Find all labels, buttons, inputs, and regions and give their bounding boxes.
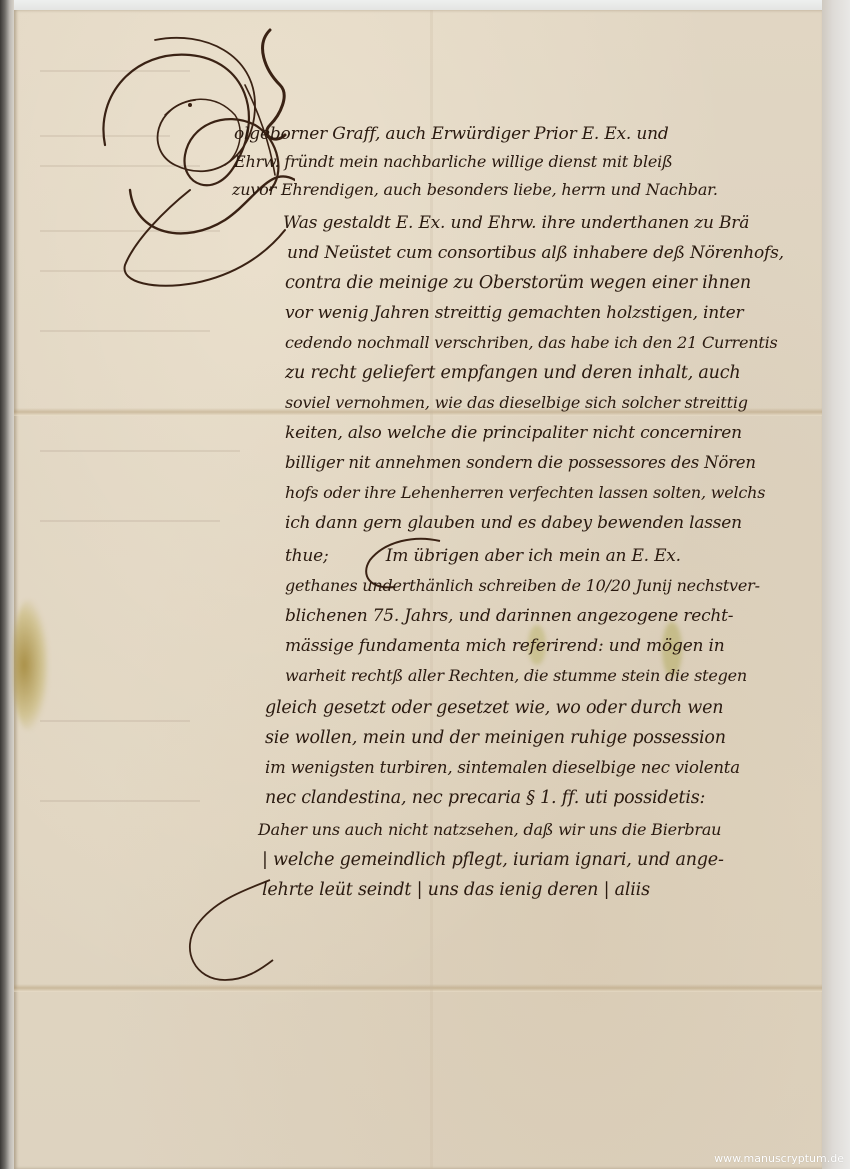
manuscript-line: contra die meinige zu Oberstorüm wegen e… bbox=[285, 273, 751, 293]
manuscript-line: und Neüstet cum consortibus alß inhabere… bbox=[287, 243, 784, 263]
manuscript-line: Ehrw. fründt mein nachbarliche willige d… bbox=[234, 152, 673, 171]
manuscript-line: gethanes underthänlich schreiben de 10/2… bbox=[285, 576, 760, 595]
manuscript-line: nec clandestina, nec precaria § 1. ff. u… bbox=[265, 788, 705, 808]
manuscript-line: thue; Im übrigen aber ich mein an E. Ex. bbox=[285, 546, 681, 566]
manuscript-line: olgeborner Graff, auch Erwürdiger Prior … bbox=[234, 124, 669, 144]
manuscript-line: warheit rechtß aller Rechten, die stumme… bbox=[285, 666, 747, 685]
manuscript-line: Was gestaldt E. Ex. und Ehrw. ihre under… bbox=[283, 213, 749, 233]
manuscript-line: mässige fundamenta mich referirend: und … bbox=[285, 636, 725, 656]
manuscript-line: blichenen 75. Jahrs, und darinnen angezo… bbox=[285, 606, 733, 626]
manuscript-line: hofs oder ihre Lehenherren verfechten la… bbox=[285, 483, 765, 502]
manuscript-line: lehrte leüt seindt | uns das ienig deren… bbox=[262, 880, 650, 900]
manuscript-line: vor wenig Jahren streittig gemachten hol… bbox=[285, 303, 743, 323]
manuscript-line: ich dann gern glauben und es dabey bewen… bbox=[285, 513, 742, 533]
manuscript-line: keiten, also welche die principaliter ni… bbox=[285, 423, 742, 443]
manuscript-line: sie wollen, mein und der meinigen ruhige… bbox=[265, 728, 726, 748]
manuscript-line: zu recht geliefert empfangen und deren i… bbox=[285, 363, 740, 383]
manuscript-line: zuvor Ehrendigen, auch besonders liebe, … bbox=[232, 180, 718, 199]
manuscript-line: gleich gesetzt oder gesetzet wie, wo ode… bbox=[265, 698, 723, 718]
watermark: www.manuscryptum.de bbox=[714, 1152, 844, 1165]
manuscript-line: im wenigsten turbiren, sintemalen diesel… bbox=[265, 758, 740, 777]
manuscript-line: soviel vernohmen, wie das dieselbige sic… bbox=[285, 393, 748, 412]
manuscript-line: cedendo nochmall verschriben, das habe i… bbox=[285, 333, 778, 352]
manuscript-text: olgeborner Graff, auch Erwürdiger Prior … bbox=[0, 0, 850, 1169]
manuscript-line: | welche gemeindlich pflegt, iuriam igna… bbox=[262, 850, 724, 870]
manuscript-line: billiger nit annehmen sondern die posses… bbox=[285, 453, 756, 472]
manuscript-line: Daher uns auch nicht natzsehen, daß wir … bbox=[258, 820, 721, 839]
